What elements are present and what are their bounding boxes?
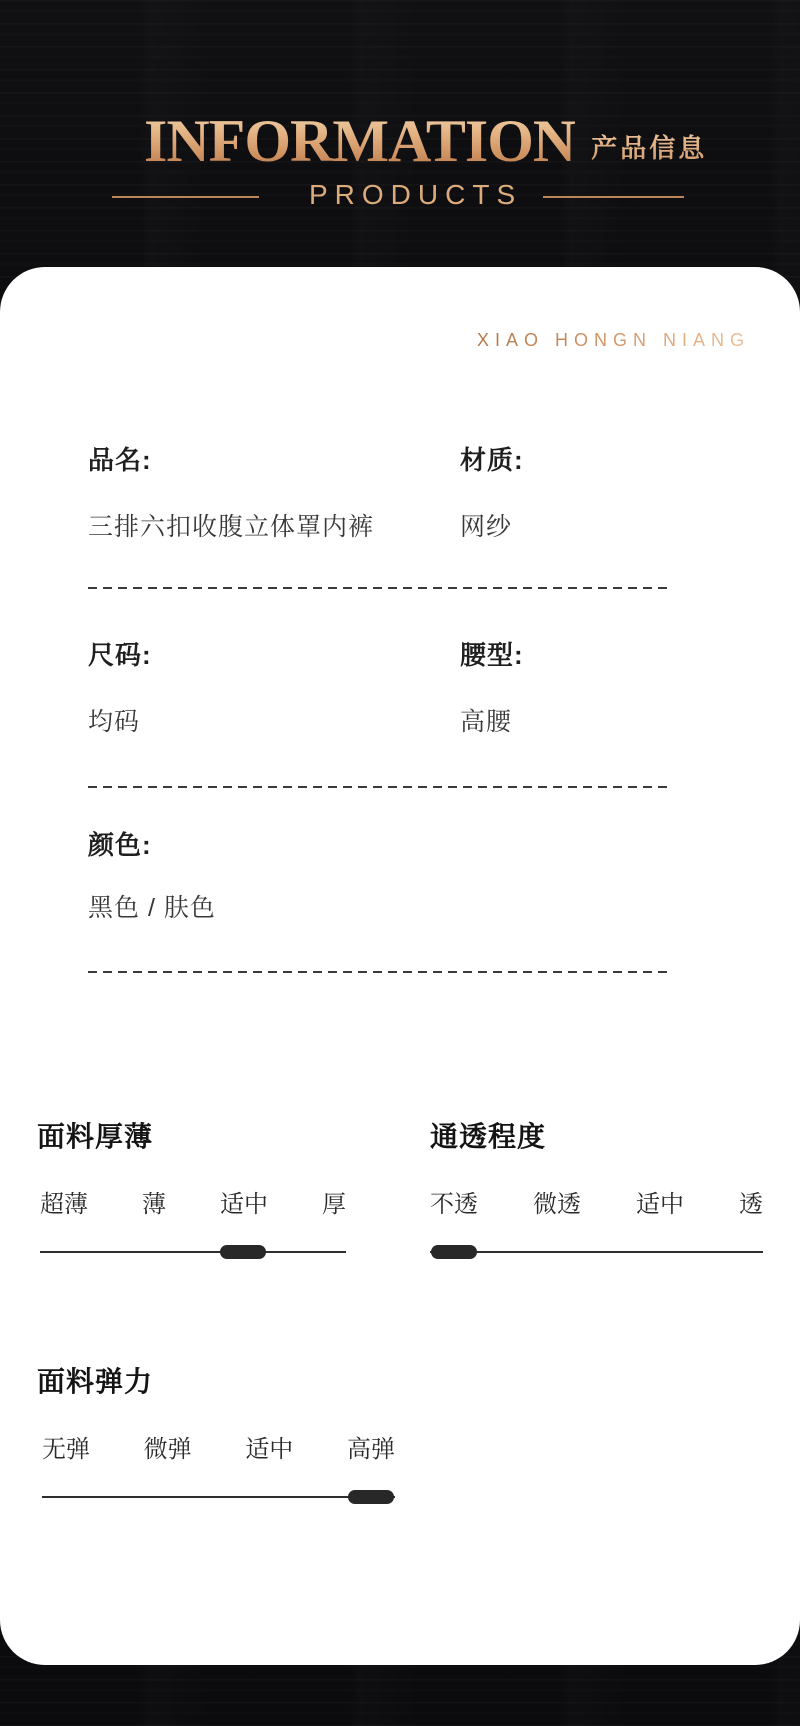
slider-elasticity: 面料弹力 无弹 微弹 适中 高弹 [37,1365,397,1515]
slider-scale-label: 薄 [142,1190,166,1220]
header-title: INFORMATION [144,110,575,172]
header-banner: INFORMATION 产品信息 [144,110,707,172]
slider-fabric-thickness: 面料厚薄 超薄 薄 适中 厚 [37,1120,349,1270]
slider-scale-label: 厚 [322,1190,346,1220]
slider-scale-label: 适中 [245,1435,293,1465]
slider-title: 面料厚薄 [37,1120,153,1154]
header-subtitle-en: PRODUCTS [309,181,469,209]
field-labels-row-2: 尺码: 腰型: [0,638,800,672]
slider-title: 通透程度 [430,1120,546,1154]
slider-scale: 无弹 微弹 适中 高弹 [42,1435,395,1465]
field-value-color: 黑色 / 肤色 [88,891,216,925]
slider-scale-label: 不透 [430,1190,478,1220]
dashed-divider-3 [88,970,672,973]
product-info-page: INFORMATION 产品信息 PRODUCTS XIAO HONGN NIA… [0,0,800,1726]
field-label-waist-type: 腰型: [460,638,524,672]
slider-scale-label: 微透 [533,1190,581,1220]
decorative-line-left [112,196,259,198]
slider-scale-label: 适中 [220,1190,268,1220]
field-value-waist-type: 高腰 [460,705,512,739]
field-labels-row-3: 颜色: [0,828,800,862]
slider-scale-label: 透 [739,1190,763,1220]
field-value-size: 均码 [88,705,140,739]
decorative-line-right [543,196,684,198]
header-subtitle-cn: 产品信息 [591,128,707,172]
slider-title: 面料弹力 [37,1365,153,1399]
field-label-size: 尺码: [88,638,152,672]
slider-scale-label: 超薄 [40,1190,88,1220]
slider-thumb [348,1490,394,1504]
slider-scale-label: 微弹 [144,1435,192,1465]
slider-transparency: 通透程度 不透 微透 适中 透 [430,1120,763,1270]
slider-scale-label: 高弹 [347,1435,395,1465]
slider-thumb [431,1245,477,1259]
slider-scale: 不透 微透 适中 透 [430,1190,763,1220]
slider-track [42,1496,395,1498]
field-label-product-name: 品名: [88,443,152,477]
slider-track [40,1251,346,1253]
slider-track [430,1251,763,1253]
brand-text: XIAO HONGN NIANG [477,329,750,351]
dashed-divider-1 [88,586,672,589]
slider-scale-label: 适中 [636,1190,684,1220]
field-value-material: 网纱 [460,510,512,544]
field-values-row-2: 均码 高腰 [0,705,800,739]
field-value-product-name: 三排六扣收腹立体罩内裤 [88,510,374,544]
field-labels-row-1: 品名: 材质: [0,443,800,477]
product-info-card: XIAO HONGN NIANG 品名: 材质: 三排六扣收腹立体罩内裤 网纱 … [0,267,800,1665]
dashed-divider-2 [88,785,672,788]
field-label-material: 材质: [460,443,524,477]
field-label-color: 颜色: [88,828,152,862]
slider-scale: 超薄 薄 适中 厚 [40,1190,346,1220]
slider-thumb [220,1245,266,1259]
field-values-row-3: 黑色 / 肤色 [0,891,800,925]
slider-scale-label: 无弹 [42,1435,90,1465]
field-values-row-1: 三排六扣收腹立体罩内裤 网纱 [0,510,800,544]
